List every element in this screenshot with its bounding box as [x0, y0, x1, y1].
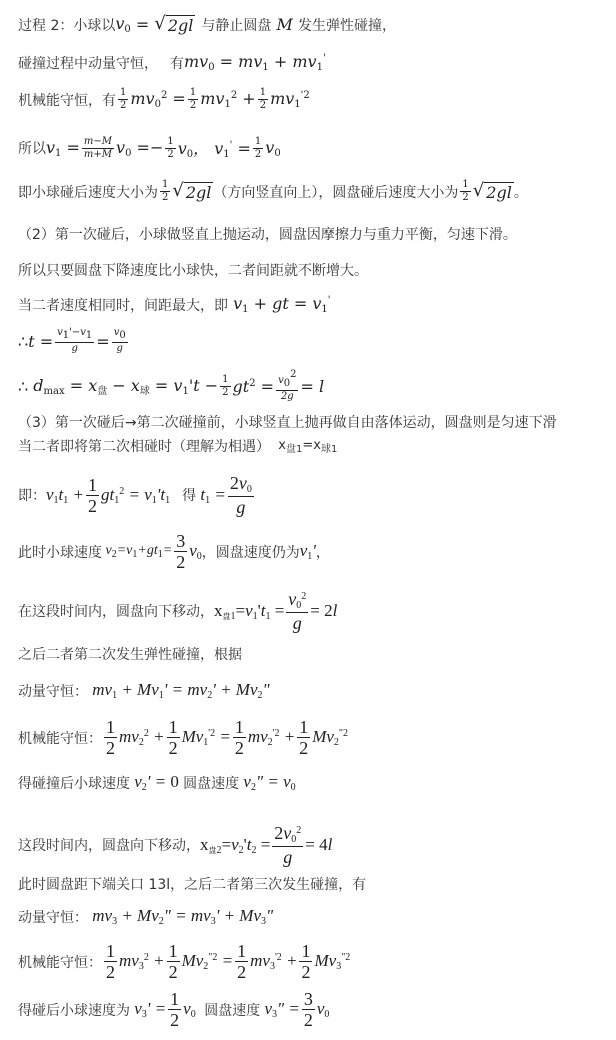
line-third-collision: 此时圆盘距下端关口 13l，之后二者第三次发生碰撞，有 [18, 874, 366, 894]
text: 当二者即将第二次相碰时（理解为相遇） [18, 436, 270, 456]
text: 机械能守恒： [18, 728, 102, 748]
fraction-mass-ratio: m−Mm+M [82, 137, 114, 160]
text: ， [316, 542, 330, 562]
fraction-half: 12 [167, 942, 180, 981]
line-energy-2: 机械能守恒： 12 mv22 + 12 Mv1'2 = 12 mv2'2 + 1… [18, 718, 348, 757]
fraction-half: 12 [460, 180, 470, 203]
math: v0 =− [116, 138, 163, 159]
math: x盘1=x球1 [270, 438, 337, 455]
math: mv1 + Mv1' = mv2' + Mv2" [88, 680, 270, 701]
math: = [131, 15, 155, 34]
line-momentum-1: 碰撞过程中动量守恒， 有 mv0 = mv1 + mv1' [18, 52, 326, 73]
line-momentum-3: 动量守恒： mv3 + Mv2" = mv3' + Mv3" [18, 906, 273, 927]
fraction-three-halves: 32 [302, 990, 315, 1029]
text: 所以 [18, 138, 46, 158]
text: 在这段时间内，圆盘向下移动， [18, 601, 214, 621]
line-energy-1: 机械能守恒，有 12 mv02 = 12 mv12 + 12 mv1'2 [18, 88, 310, 111]
fraction-half: 12 [258, 88, 268, 111]
text: 过程 2：小球以 [18, 15, 115, 35]
text: 这段时间内，圆盘向下移动， [18, 835, 200, 855]
math: dmax = x盘 − x球 = v1't − [33, 376, 218, 397]
math: mv1'2 [270, 89, 310, 110]
line-part-3-intro: （3）第一次碰后→第二次碰撞前，小球竖直上抛再做自由落体运动，圆盘则是匀速下滑 [18, 412, 557, 432]
line-distance-increase: 所以只要圆盘下降速度比小球快，二者间距就不断增大。 [18, 260, 368, 280]
math: mv3'2 + [250, 951, 297, 972]
math: mv02 = [130, 89, 185, 110]
math: v1 = [46, 138, 80, 159]
text: 与静止圆盘 [201, 15, 271, 35]
math: v0 [189, 541, 202, 562]
text: 之后二者第二次发生弹性碰撞，根据 [18, 644, 242, 664]
math: x盘2=v2't2 = [200, 835, 270, 856]
math: Mv2"2 [312, 727, 348, 748]
text: 即小球碰后速度大小为 [18, 182, 158, 202]
sqrt-2gl: √2gl [473, 182, 514, 202]
text: （方向竖直向上），圆盘碰后速度大小为 [213, 182, 458, 202]
text: 即： [18, 485, 46, 505]
math: x盘1=v1't1 = [214, 601, 284, 622]
fraction-v0-g: v0g [112, 328, 128, 354]
text: 圆盘速度 [183, 773, 239, 793]
math: v1' [300, 541, 316, 562]
fraction-2v0-g: 2v0g [228, 474, 254, 516]
fraction-half: 12 [297, 718, 310, 757]
line-t1: 即： v1t1 + 12 gt12 = v1't1 得 t1 = 2v0g [18, 474, 256, 516]
text: 所以只要圆盘下降速度比小球快，二者间距就不断增大。 [18, 260, 368, 280]
text: 发生弹性碰撞， [298, 15, 396, 35]
fraction-half: 12 [165, 137, 175, 160]
line-process-2: 过程 2：小球以 v0 = √2gl 与静止圆盘 M 发生弹性碰撞， [18, 14, 396, 35]
line-meet: 当二者即将第二次相碰时（理解为相遇） x盘1=x球1 [18, 436, 337, 456]
math: mv0 = mv1 + mv1' [184, 52, 326, 73]
text: （3）第一次碰后→第二次碰撞前，小球竖直上抛再做自由落体运动，圆盘则是匀速下滑 [18, 412, 557, 432]
math: v0 [265, 138, 280, 159]
fraction-half: 12 [188, 88, 198, 111]
math: v0 [115, 14, 130, 35]
line-x-pan-2: 这段时间内，圆盘向下移动， x盘2=v2't2 = 2v02g = 4l [18, 824, 332, 866]
fraction-half: 12 [220, 375, 230, 398]
math: M [271, 15, 298, 34]
fraction-time: v1'−v1g [55, 328, 94, 354]
fraction-half: 12 [160, 180, 170, 203]
sqrt-2gl: √2gl [172, 182, 213, 202]
therefore-symbol: ∴ [18, 377, 33, 396]
fraction-v0sq-2g: v022g [276, 370, 298, 402]
line-momentum-2: 动量守恒： mv1 + Mv1' = mv2' + Mv2" [18, 680, 270, 701]
fraction-half: 12 [104, 718, 117, 757]
math: = [96, 332, 109, 351]
sqrt-2gl: √2gl [154, 15, 195, 35]
math: v3' = [130, 999, 166, 1020]
text: 。 [514, 182, 528, 202]
line-speeds-after: 即小球碰后速度大小为 12 √2gl （方向竖直向上），圆盘碰后速度大小为 12… [18, 180, 528, 203]
math: Mv1'2 = [182, 727, 231, 748]
math: Mv2"2 = [182, 951, 234, 972]
math: = 4l [305, 835, 332, 855]
text: ，圆盘速度仍为 [202, 542, 300, 562]
line-part-2-intro: （2）第一次碰后，小球做竖直上抛运动，圆盘因摩擦力与重力平衡，匀速下滑。 [18, 224, 517, 244]
text: 有 [170, 53, 184, 73]
line-result-2: 得碰撞后小球速度 v2' = 0 圆盘速度 v2" = v0 [18, 772, 296, 793]
fraction-half: 12 [118, 88, 128, 111]
math: v1t1 + [46, 485, 84, 506]
fraction-2v0sq-g: 2v02g [272, 824, 303, 866]
fraction-half: 12 [299, 942, 312, 981]
math: v0 [317, 999, 330, 1020]
text: 此时圆盘距下端关口 13l，之后二者第三次发生碰撞，有 [18, 874, 366, 894]
math: v0， v1' = [178, 136, 251, 160]
text: 圆盘速度 [204, 1000, 260, 1020]
line-x-pan-1: 在这段时间内，圆盘向下移动， x盘1=v1't1 = v02g = 2l [18, 590, 337, 632]
math: Mv3"2 [314, 951, 350, 972]
line-equal-speed: 当二者速度相同时，间距最大，即 v1 + gt = v1' [18, 294, 331, 315]
text: 得 [182, 485, 196, 505]
line-result-3: 得碰后小球速度为 v3' = 12 v0 圆盘速度 v3" = 32 v0 [18, 990, 329, 1029]
text: 此时小球速度 [18, 542, 102, 562]
math: mv32 + [119, 951, 165, 972]
text: 碰撞过程中动量守恒， [18, 53, 158, 73]
therefore-symbol: ∴ [18, 332, 28, 351]
text: 当二者速度相同时，间距最大，即 [18, 295, 228, 315]
fraction-half: 12 [253, 137, 263, 160]
text: 机械能守恒： [18, 952, 102, 972]
fraction-three-halves: 32 [174, 532, 187, 571]
fraction-half: 12 [167, 718, 180, 757]
math: mv3 + Mv2" = mv3' + Mv3" [88, 906, 273, 927]
line-time: ∴ t = v1'−v1g = v0g [18, 328, 130, 354]
math: v3" = [260, 999, 300, 1020]
text: 动量守恒： [18, 907, 88, 927]
math: v0 [183, 999, 204, 1020]
math: v1 + gt = v1' [228, 294, 331, 315]
fraction-v0sq-g: v02g [286, 590, 308, 632]
text: 动量守恒： [18, 681, 88, 701]
text: 得碰撞后小球速度 [18, 773, 130, 793]
text: （2）第一次碰后，小球做竖直上抛运动，圆盘因摩擦力与重力平衡，匀速下滑。 [18, 224, 517, 244]
line-energy-3: 机械能守恒： 12 mv32 + 12 Mv2"2 = 12 mv3'2 + 1… [18, 942, 350, 981]
math: mv22 + [119, 727, 165, 748]
math: mv12 + [200, 89, 255, 110]
fraction-half: 12 [235, 942, 248, 981]
line-second-collision: 之后二者第二次发生弹性碰撞，根据 [18, 644, 242, 664]
math: gt12 = v1't1 [101, 485, 170, 506]
fraction-half: 12 [104, 942, 117, 981]
math: v2" = v0 [239, 772, 295, 793]
line-v2: 此时小球速度 v2=v1+gt1= 32 v0 ，圆盘速度仍为 v1' ， [18, 532, 330, 571]
fraction-half: 12 [86, 476, 99, 515]
math: mv2'2 + [248, 727, 295, 748]
fraction-half: 12 [233, 718, 246, 757]
math: t = [28, 332, 53, 351]
math: v2=v1+gt1= [102, 543, 172, 560]
line-dmax: ∴ dmax = x盘 − x球 = v1't − 12 gt2 = v022g… [18, 370, 324, 402]
text: 得碰后小球速度为 [18, 1000, 130, 1020]
math: = l [300, 377, 324, 396]
math: = 2l [310, 601, 337, 621]
math: gt2 = [233, 377, 275, 396]
fraction-half: 12 [168, 990, 181, 1029]
math: t1 = [196, 485, 226, 506]
line-velocities: 所以 v1 = m−Mm+M v0 =− 12 v0， v1' = 12 v0 [18, 136, 281, 160]
math: v2' = 0 [130, 772, 183, 793]
text: 机械能守恒，有 [18, 90, 116, 110]
